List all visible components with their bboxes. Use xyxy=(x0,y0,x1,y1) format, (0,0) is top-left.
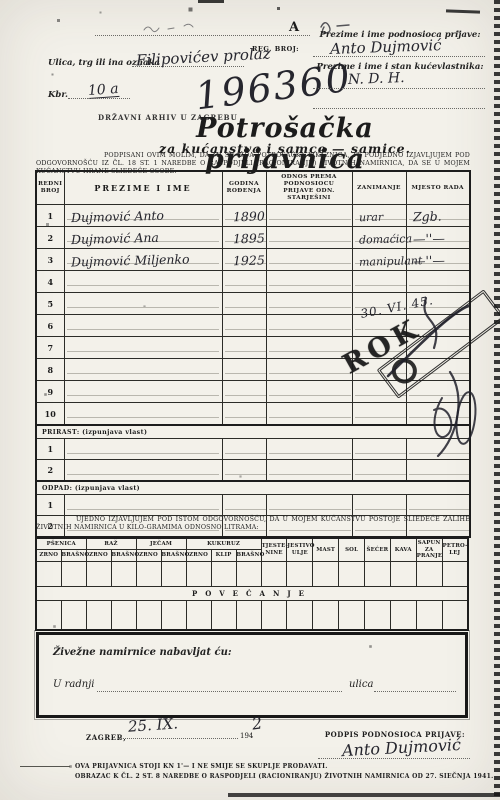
col-jecam: JEČAM xyxy=(136,538,186,550)
shop-name-line xyxy=(97,691,342,692)
supply-cell xyxy=(416,600,442,630)
supply-cell xyxy=(313,561,339,586)
col-mast: MAST xyxy=(313,538,339,561)
cell-num: 3 xyxy=(36,249,64,271)
supply-cell xyxy=(61,561,86,586)
supply-cell xyxy=(313,600,339,630)
supply-cell xyxy=(287,561,313,586)
cell-birth xyxy=(222,403,266,426)
kbr-label: Kbr. xyxy=(48,90,68,100)
table-row: 1 xyxy=(36,495,470,516)
cell-birth: 1925 xyxy=(222,249,266,271)
cell-relation xyxy=(266,227,352,249)
cell-birth xyxy=(222,460,266,482)
cell-name xyxy=(64,315,222,337)
cell-birth xyxy=(222,495,266,516)
col-sapun: SAPUN ZA PRANJE xyxy=(416,538,442,561)
ink-scribbles xyxy=(330,280,500,460)
cell-occupation: domaćica xyxy=(352,227,406,249)
supply-cell xyxy=(365,561,391,586)
cell-relation xyxy=(266,205,352,227)
subcol-klip: KLIP xyxy=(211,550,236,561)
year-handwritten: 2 xyxy=(251,715,263,732)
cell-name xyxy=(64,271,222,293)
povecanje-band: POVEĆANJE xyxy=(36,586,468,600)
subcol-brasno: BRAŠNO xyxy=(236,550,261,561)
supply-cell xyxy=(136,600,161,630)
cell-num: 8 xyxy=(36,359,64,381)
cell-occupation xyxy=(352,495,406,516)
col-godina-rodenja: GODINA ROĐENJA xyxy=(222,171,266,205)
cell-num: 1 xyxy=(36,495,64,516)
cell-name xyxy=(64,403,222,426)
pencil-scribble xyxy=(140,20,210,36)
landlord-value: N. D. H. xyxy=(348,71,405,87)
cell-name xyxy=(64,293,222,315)
scan-noise xyxy=(40,6,41,7)
odpad-band: ODPAD: (izpunjava vlast) xyxy=(36,481,470,495)
supply-cell xyxy=(261,561,287,586)
scan-top-mark xyxy=(446,9,480,13)
supplies-empty-row xyxy=(36,600,468,630)
scan-top-mark xyxy=(198,0,224,3)
shop-box-heading: Živežne namirnice nabavljat ću: xyxy=(53,647,232,658)
footer-rule xyxy=(20,766,70,767)
supply-cell xyxy=(236,561,261,586)
cell-birth xyxy=(222,315,266,337)
col-prezime-ime: PREZIME I IME xyxy=(64,171,222,205)
cell-num: 10 xyxy=(36,403,64,426)
supply-cell xyxy=(390,600,416,630)
supplies-group-header-row: PŠENICA RAŽ JEČAM KUKURUZ TJESTE- NINE J… xyxy=(36,538,468,550)
table-row: 2 Dujmović Ana 1895 domaćica —''— xyxy=(36,227,470,249)
cell-name xyxy=(64,337,222,359)
col-kukuruz: KUKURUZ xyxy=(186,538,261,550)
cell-relation xyxy=(266,495,352,516)
supply-cell xyxy=(365,600,391,630)
cell-relation xyxy=(266,460,352,482)
col-kava: KAVA xyxy=(390,538,416,561)
col-psenica: PŠENICA xyxy=(36,538,86,550)
cell-birth xyxy=(222,359,266,381)
series-letter: A xyxy=(289,20,299,35)
cell-occupation: manipulant xyxy=(352,249,406,271)
shop-label: U radnji xyxy=(53,679,95,690)
blank-line xyxy=(313,108,485,109)
scanned-form-page: A REG. BROJ: 196360 Prezime i ime podnos… xyxy=(0,0,500,800)
cell-workplace xyxy=(406,460,470,482)
supply-cell xyxy=(161,600,186,630)
odpad-label: ODPAD: (izpunjava vlast) xyxy=(36,481,470,495)
cell-num: 2 xyxy=(36,460,64,482)
supply-cell xyxy=(186,600,211,630)
supply-cell xyxy=(111,561,136,586)
subcol-zrno: ZRNO xyxy=(136,550,161,561)
signature-handwritten: Anto Dujmović xyxy=(342,737,462,759)
supply-cell xyxy=(36,561,61,586)
supplies-table: PŠENICA RAŽ JEČAM KUKURUZ TJESTE- NINE J… xyxy=(35,537,469,631)
cell-num: 9 xyxy=(36,381,64,403)
cell-name: Dujmović Anto xyxy=(64,205,222,227)
supply-cell xyxy=(261,600,287,630)
supplies-empty-row xyxy=(36,561,468,586)
cell-num: 1 xyxy=(36,205,64,227)
subcol-zrno: ZRNO xyxy=(36,550,61,561)
supply-cell xyxy=(211,600,236,630)
cell-name xyxy=(64,439,222,460)
cell-name: Dujmović Miljenko xyxy=(64,249,222,271)
cell-birth xyxy=(222,337,266,359)
supply-cell xyxy=(61,600,86,630)
col-secer: ŠEĆER xyxy=(365,538,391,561)
col-zanimanje: ZANIMANJE xyxy=(352,171,406,205)
supply-cell xyxy=(287,600,313,630)
cell-name xyxy=(64,381,222,403)
supply-cell xyxy=(442,600,468,630)
supply-cell xyxy=(86,600,111,630)
shop-declaration-box: Živežne namirnice nabavljat ću: U radnji… xyxy=(36,632,468,718)
cell-workplace: —''— xyxy=(406,249,470,271)
table-row: 3 Dujmović Miljenko 1925 manipulant —''— xyxy=(36,249,470,271)
footer-form-reference: OBRAZAC K ČL. 2 ST. 8 NAREDBE O RASPODJE… xyxy=(75,773,494,780)
date-line xyxy=(118,738,238,739)
cell-birth xyxy=(222,271,266,293)
cell-birth: 1890 xyxy=(222,205,266,227)
year-printed: 194 xyxy=(240,732,253,740)
supply-cell xyxy=(186,561,211,586)
supplies-intro: UJEDNO IZJAVLJUJEM POD ISTOM ODGOVORNOŠĆ… xyxy=(36,516,470,532)
supply-cell xyxy=(390,561,416,586)
cell-name xyxy=(64,460,222,482)
supply-cell xyxy=(111,600,136,630)
table-row: 2 xyxy=(36,460,470,482)
cell-num: 2 xyxy=(36,227,64,249)
landlord-line xyxy=(313,88,485,89)
supply-cell xyxy=(236,600,261,630)
cell-name: Dujmović Ana xyxy=(64,227,222,249)
col-sol: SOL xyxy=(339,538,365,561)
supply-cell xyxy=(211,561,236,586)
scan-bottom-mark xyxy=(228,793,500,797)
subcol-zrno: ZRNO xyxy=(186,550,211,561)
subcol-brasno: BRAŠNO xyxy=(111,550,136,561)
col-redni-broj: REDNI BROJ xyxy=(36,171,64,205)
cell-birth xyxy=(222,439,266,460)
supply-cell xyxy=(161,561,186,586)
cell-num: 1 xyxy=(36,439,64,460)
cell-occupation: urar xyxy=(352,205,406,227)
kbr-value: 10 a xyxy=(88,82,120,99)
cell-name xyxy=(64,359,222,381)
supply-cell xyxy=(416,561,442,586)
supply-cell xyxy=(442,561,468,586)
signature-line xyxy=(318,758,470,759)
subcol-brasno: BRAŠNO xyxy=(61,550,86,561)
col-mjesto-rada: MJESTO RADA xyxy=(406,171,470,205)
cell-name xyxy=(64,495,222,516)
cell-workplace: Zgb. xyxy=(406,205,470,227)
applicant-line xyxy=(313,56,485,57)
supply-cell xyxy=(339,561,365,586)
col-raz: RAŽ xyxy=(86,538,136,550)
footer-price-note: OVA PRIJAVNICA STOJI KN 1'— I NE SMIJE S… xyxy=(75,763,328,770)
cell-relation xyxy=(266,249,352,271)
col-jestivo-ulje: JESTIVO ULJE xyxy=(287,538,313,561)
subcol-brasno: BRAŠNO xyxy=(161,550,186,561)
kbr-line xyxy=(68,98,130,99)
supply-cell xyxy=(339,600,365,630)
col-odnos: ODNOS PREMA PODNOSIOCU PRIJAVE ODN. STAR… xyxy=(266,171,352,205)
supply-cell xyxy=(136,561,161,586)
table-row: 1 Dujmović Anto 1890 urar Zgb. xyxy=(36,205,470,227)
subcol-zrno: ZRNO xyxy=(86,550,111,561)
supply-cell xyxy=(36,600,61,630)
cell-num: 4 xyxy=(36,271,64,293)
cell-birth: 1895 xyxy=(222,227,266,249)
cell-birth xyxy=(222,381,266,403)
povecanje-label: POVEĆANJE xyxy=(36,586,468,600)
cell-workplace: —''— xyxy=(406,227,470,249)
cell-workplace xyxy=(406,495,470,516)
household-header-row: REDNI BROJ PREZIME I IME GODINA ROĐENJA … xyxy=(36,171,470,205)
street-line xyxy=(132,66,244,67)
shop-street-label: ulica xyxy=(349,679,373,690)
col-tjestenine: TJESTE- NINE xyxy=(261,538,287,561)
cell-occupation xyxy=(352,460,406,482)
cell-num: 5 xyxy=(36,293,64,315)
col-petrolej: PETRO- LEJ xyxy=(442,538,468,561)
cell-birth xyxy=(222,293,266,315)
cell-num: 6 xyxy=(36,315,64,337)
applicant-value: Anto Dujmović xyxy=(330,38,442,57)
supply-cell xyxy=(86,561,111,586)
cell-num: 7 xyxy=(36,337,64,359)
shop-street-line xyxy=(374,691,456,692)
date-handwritten: 25. IX. xyxy=(128,716,179,734)
